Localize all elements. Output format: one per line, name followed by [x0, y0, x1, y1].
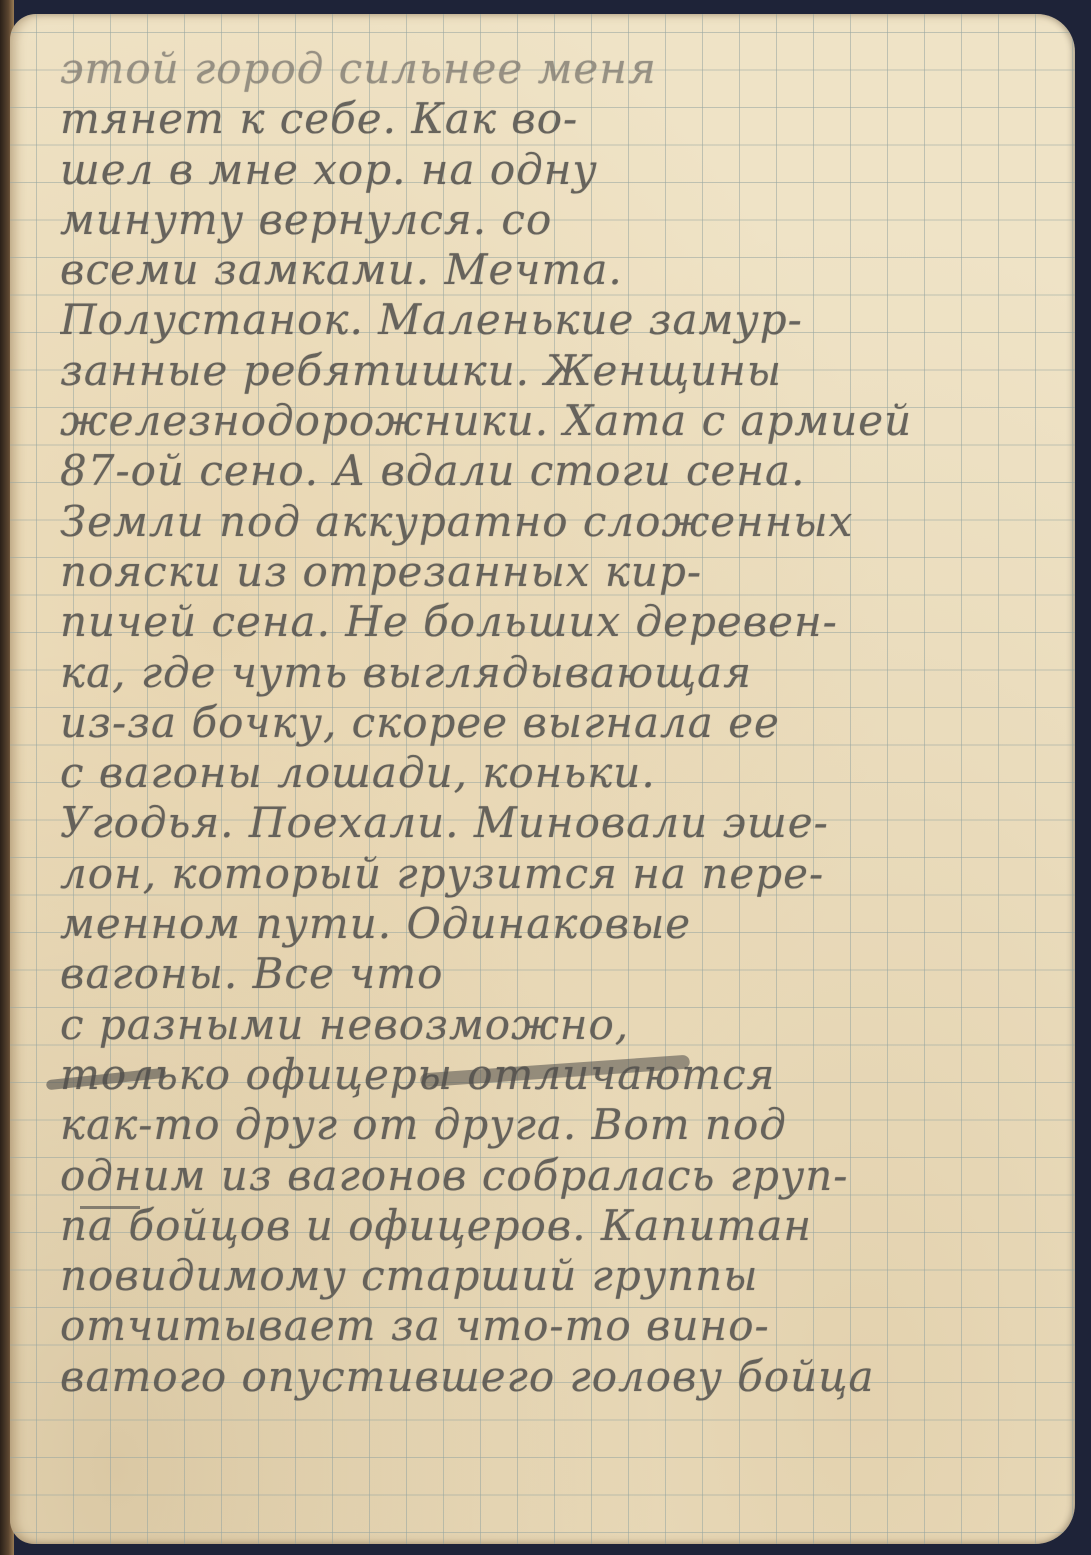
text-line: шел в мне хор. на одну — [60, 145, 1050, 195]
text-line: вагоны. Все что — [60, 949, 1050, 999]
text-line: повидимому старший группы — [60, 1251, 1050, 1301]
text-line: менном пути. Одинаковые — [60, 899, 1050, 949]
text-line: из-за бочку, скорее выгнала ее — [60, 698, 1050, 748]
text-line: пояски из отрезанных кир- — [60, 547, 1050, 597]
text-line: этой город сильнее меня — [60, 44, 1050, 94]
text-line: тянет к себе. Как во- — [60, 94, 1050, 144]
handwritten-text: этой город сильнее меня тянет к себе. Ка… — [60, 44, 1050, 1402]
text-line: занные ребятишки. Женщины — [60, 346, 1050, 396]
text-line: одним из вагонов собралась груп- — [60, 1151, 1050, 1201]
text-line: минуту вернулся. со — [60, 195, 1050, 245]
text-line: с разными невозможно, — [60, 1000, 1050, 1050]
underline-mark — [80, 1206, 140, 1209]
text-line: железнодорожники. Хата с армией — [60, 396, 1050, 446]
text-line: 87-ой сено. А вдали стоги сена. — [60, 446, 1050, 496]
text-line: Угодья. Поехали. Миновали эше- — [60, 798, 1050, 848]
text-line: как-то друг от друга. Вот под — [60, 1100, 1050, 1150]
text-line: пичей сена. Не больших деревен- — [60, 597, 1050, 647]
text-line: отчитывает за что-то вино- — [60, 1301, 1050, 1351]
text-line: Полустанок. Маленькие замур- — [60, 295, 1050, 345]
text-line: с вагоны лошади, коньки. — [60, 748, 1050, 798]
text-line: ватого опустившего голову бойца — [60, 1352, 1050, 1402]
text-line: лон, который грузится на пере- — [60, 849, 1050, 899]
text-line: па бойцов и офицеров. Капитан — [60, 1201, 1050, 1251]
notebook-page: этой город сильнее меня тянет к себе. Ка… — [10, 14, 1075, 1544]
text-line: Земли под аккуратно сложенных — [60, 497, 1050, 547]
text-line: ка, где чуть выглядывающая — [60, 648, 1050, 698]
text-line: всеми замками. Мечта. — [60, 245, 1050, 295]
